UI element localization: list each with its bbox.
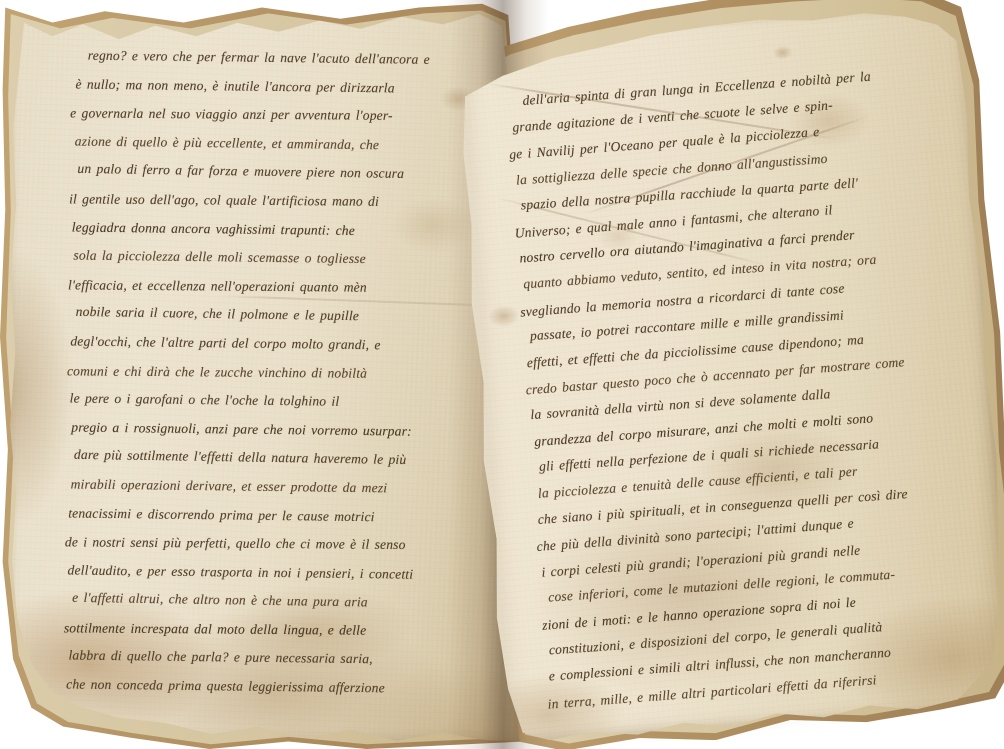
manuscript-photo: regno? e vero che per fermar la nave l'a… xyxy=(0,0,1004,749)
manuscript-line: mirabili operazioni derivare, et esser p… xyxy=(70,470,484,504)
left-page-text: regno? e vero che per fermar la nave l'a… xyxy=(66,41,488,704)
manuscript-line: che non conceda prima questa leggierissi… xyxy=(66,671,480,705)
manuscript-line: sottilmente increspata dal moto della li… xyxy=(64,614,478,646)
right-page-text: dell'aria spinta di gran lunga in Eccell… xyxy=(508,58,989,716)
manuscript-line: è nullo; ma non meno, è inutile l'ancora… xyxy=(75,70,489,104)
right-page: dell'aria spinta di gran lunga in Eccell… xyxy=(448,0,1004,747)
manuscript-line: tenacissimi e discorrendo prima per le c… xyxy=(68,499,482,533)
manuscript-line: e governarla nel suo viaggio anzi per av… xyxy=(70,100,484,132)
manuscript-line: il gentile uso dell'ago, col quale l'art… xyxy=(69,185,483,217)
manuscript-line: sola la picciolezza delle moli scemasse … xyxy=(73,242,487,276)
manuscript-line: comuni e chi dirà che le zucche vinchino… xyxy=(67,357,481,389)
manuscript-line: de i nostri sensi più perfetti, quello c… xyxy=(65,528,479,560)
left-page: regno? e vero che per fermar la nave l'a… xyxy=(6,2,520,746)
manuscript-line: labbra di quello che parla? e pure neces… xyxy=(68,642,482,676)
manuscript-line: degl'occhi, che l'altre parti del corpo … xyxy=(70,327,484,361)
